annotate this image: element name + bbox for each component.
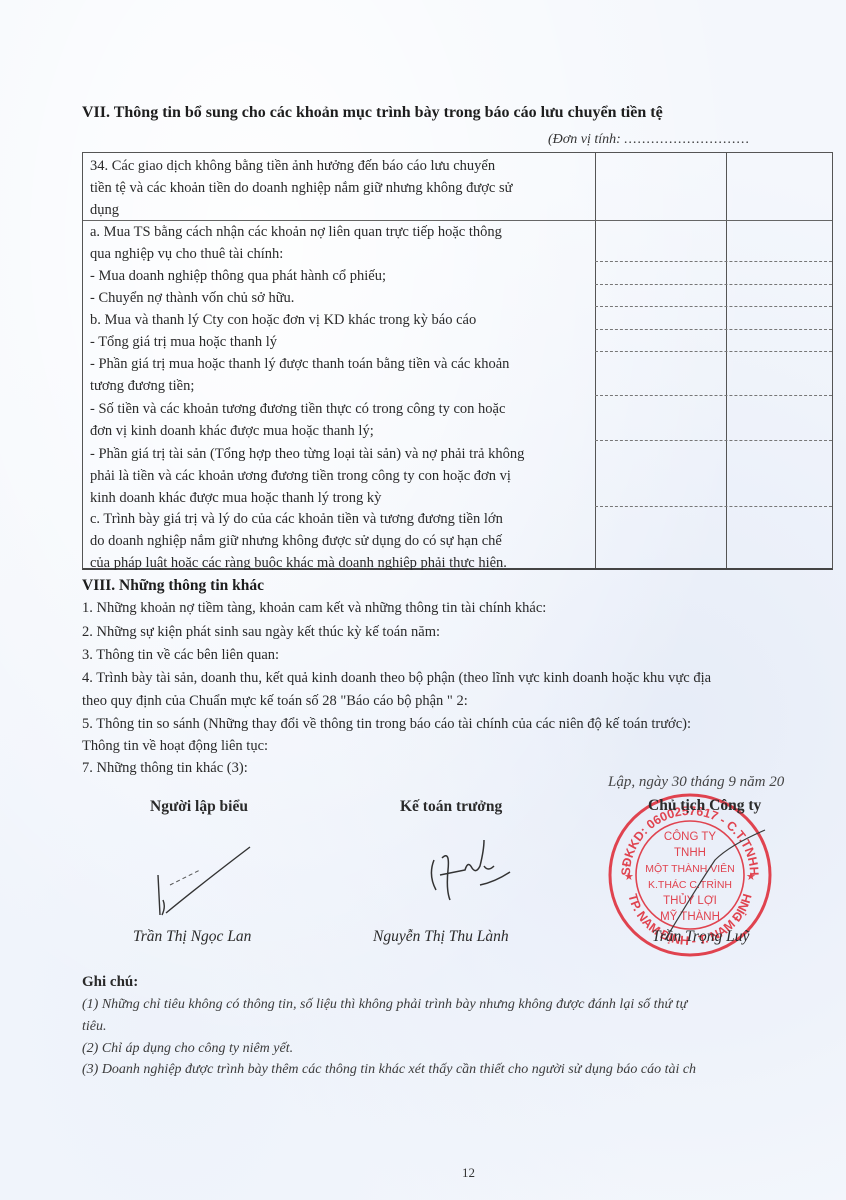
row-separator	[595, 261, 832, 262]
table-row-item-a2: - Chuyển nợ thành vốn chủ sở hữu.	[90, 287, 294, 309]
row-text-line: qua nghiệp vụ cho thuê tài chính:	[90, 243, 502, 265]
other-info-item-7: 7. Những thông tin khác (3):	[82, 760, 248, 777]
chairman-name: Trần Trọng Luỹ	[652, 928, 749, 946]
other-info-item-4: 4. Trình bày tài sản, doanh thu, kết quả…	[82, 670, 711, 687]
preparer-name: Trần Thị Ngọc Lan	[133, 928, 251, 946]
page-number: 12	[462, 1165, 475, 1181]
table-row-item-b1: - Tổng giá trị mua hoặc thanh lý	[90, 331, 277, 353]
row-text-line: kinh doanh khác được mua hoặc thanh lý t…	[90, 487, 524, 509]
row-text-line: đơn vị kinh doanh khác được mua hoặc tha…	[90, 420, 505, 442]
unit-value: ............................	[624, 132, 750, 147]
table-row-item-a: a. Mua TS bằng cách nhận các khoản nợ li…	[90, 221, 502, 265]
row-text-line: - Số tiền và các khoản tương đương tiền …	[90, 398, 505, 420]
row-text-line: của pháp luật hoặc các ràng buộc khác mà…	[90, 552, 507, 574]
row-text-line: a. Mua TS bằng cách nhận các khoản nợ li…	[90, 221, 502, 243]
chief-accountant-signature	[420, 830, 520, 910]
date-line: Lập, ngày 30 tháng 9 năm 20	[608, 774, 784, 791]
row-separator	[595, 395, 832, 396]
unit-of-measure: (Đơn vị tính: ..........................…	[548, 132, 750, 148]
row-text-line: phải là tiền và các khoản ương đương tiề…	[90, 465, 524, 487]
table-row-item-c: c. Trình bày giá trị và lý do của các kh…	[90, 508, 507, 574]
stamp-star-icon: ★	[746, 870, 756, 883]
stamp-line: MỘT THÀNH VIÊN	[645, 862, 734, 875]
row-text-line: - Phần giá trị tài sản (Tổng hợp theo từ…	[90, 443, 524, 465]
stamp-line: THỦY LỢI	[663, 894, 717, 907]
other-info-item-4-cont: theo quy định của Chuẩn mực kế toán số 2…	[82, 693, 468, 710]
preparer-title: Người lập biểu	[150, 798, 248, 816]
preparer-signature	[140, 845, 260, 925]
cash-flow-supplement-table: 34. Các giao dịch không bằng tiền ảnh hư…	[82, 152, 833, 570]
other-info-item-2: 2. Những sự kiện phát sinh sau ngày kết …	[82, 624, 440, 641]
row-text-line: tiền tệ và các khoản tiền do doanh nghiệ…	[90, 177, 512, 199]
row-text-line: dụng	[90, 199, 512, 221]
row-separator	[595, 351, 832, 352]
row-text-line: tương đương tiền;	[90, 375, 509, 397]
stamp-line: TNHH	[674, 847, 706, 859]
table-row-item-b4: - Phần giá trị tài sản (Tổng hợp theo từ…	[90, 443, 524, 509]
row-separator	[595, 306, 832, 307]
other-info-item-5: 5. Thông tin so sánh (Những thay đổi về …	[82, 716, 691, 733]
notes-title: Ghi chú:	[82, 974, 138, 991]
note-line-1-cont: tiêu.	[82, 1019, 107, 1035]
table-row-item-b2: - Phần giá trị mua hoặc thanh lý được th…	[90, 353, 509, 397]
row-separator	[595, 329, 832, 330]
other-info-item-1: 1. Những khoản nợ tiềm tàng, khoản cam k…	[82, 600, 546, 617]
stamp-line: CÔNG TY	[664, 830, 717, 843]
chairman-title: Chủ tịch Công ty	[648, 797, 761, 815]
other-info-item-6: Thông tin về hoạt động liên tục:	[82, 738, 268, 755]
table-row-item-34: 34. Các giao dịch không bằng tiền ảnh hư…	[90, 155, 512, 221]
note-line-2: (2) Chỉ áp dụng cho công ty niêm yết.	[82, 1041, 293, 1057]
row-separator	[595, 506, 832, 507]
table-row-item-b: b. Mua và thanh lý Cty con hoặc đơn vị K…	[90, 309, 476, 331]
table-row-item-b3: - Số tiền và các khoản tương đương tiền …	[90, 398, 505, 442]
row-separator	[595, 440, 832, 441]
stamp-star-icon: ★	[624, 870, 634, 883]
row-text-line: c. Trình bày giá trị và lý do của các kh…	[90, 508, 507, 530]
note-line-1: (1) Những chỉ tiêu không có thông tin, s…	[82, 997, 687, 1013]
chief-accountant-title: Kế toán trưởng	[400, 798, 502, 816]
row-text-line: 34. Các giao dịch không bằng tiền ảnh hư…	[90, 155, 512, 177]
row-text-line: - Phần giá trị mua hoặc thanh lý được th…	[90, 353, 509, 375]
other-info-item-3: 3. Thông tin về các bên liên quan:	[82, 647, 279, 664]
table-row-item-a1: - Mua doanh nghiệp thông qua phát hành c…	[90, 265, 386, 287]
note-line-3: (3) Doanh nghiệp được trình bày thêm các…	[82, 1062, 696, 1078]
row-separator	[595, 284, 832, 285]
section-viii-title: VIII. Những thông tin khác	[82, 577, 264, 595]
stamp-line: MỸ THÀNH	[660, 910, 720, 923]
section-vii-title: VII. Thông tin bổ sung cho các khoản mục…	[82, 104, 663, 122]
unit-label: (Đơn vị tính:	[548, 132, 621, 147]
chief-accountant-name: Nguyễn Thị Thu Lành	[373, 928, 509, 946]
row-text-line: do doanh nghiệp nắm giữ nhưng không được…	[90, 530, 507, 552]
stamp-line: K.THÁC C.TRÌNH	[648, 878, 732, 891]
